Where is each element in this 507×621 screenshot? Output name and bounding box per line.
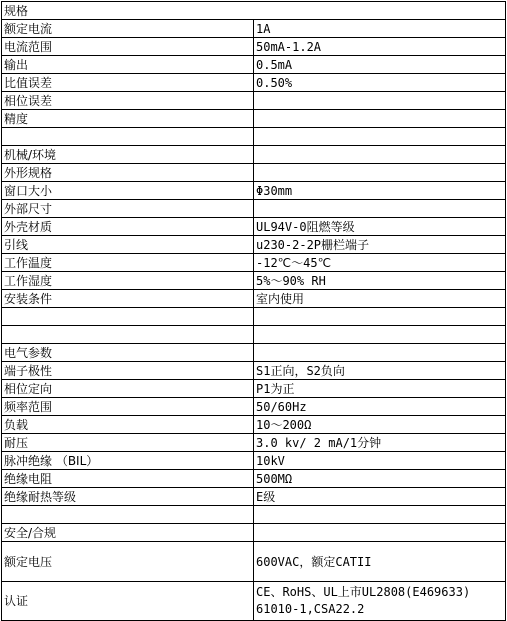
row-value (254, 200, 506, 218)
row-value: 10kV (254, 452, 506, 470)
row-label: 外壳材质 (2, 218, 254, 236)
section-title-blank (254, 146, 506, 164)
table-row: 电流范围50mA-1.2A (2, 38, 506, 56)
table-row: 绝缘耐热等级E级 (2, 488, 506, 506)
row-value: 0.50% (254, 74, 506, 92)
row-label: 输出 (2, 56, 254, 74)
section-header-safety: 安全/合规 (2, 524, 506, 542)
row-label (2, 308, 254, 326)
row-label (2, 128, 254, 146)
table-row: 认证CE、RoHS、UL上市UL2808(E469633) 61010-1,CS… (2, 582, 506, 620)
row-label: 安装条件 (2, 290, 254, 308)
row-label: 绝缘电阻 (2, 470, 254, 488)
table-row: 比值误差0.50% (2, 74, 506, 92)
table-row-empty (2, 326, 506, 344)
row-value: CE、RoHS、UL上市UL2808(E469633) 61010-1,CSA2… (254, 582, 506, 620)
row-label (2, 326, 254, 344)
row-label: 绝缘耐热等级 (2, 488, 254, 506)
section-title: 机械/环境 (2, 146, 254, 164)
row-value: 50/60Hz (254, 398, 506, 416)
table-row: 额定电压600VAC，额定CATII (2, 542, 506, 582)
table-row: 相位定向P1为正 (2, 380, 506, 398)
row-label: 相位定向 (2, 380, 254, 398)
row-label: 工作湿度 (2, 272, 254, 290)
row-label: 耐压 (2, 434, 254, 452)
table-row: 引线u230-2-2P栅栏端子 (2, 236, 506, 254)
row-value (254, 92, 506, 110)
section-header-specs: 规格 (2, 2, 506, 20)
row-value: 500MΩ (254, 470, 506, 488)
spec-table: 规格 额定电流1A 电流范围50mA-1.2A 输出0.5mA 比值误差0.50… (1, 1, 506, 619)
row-value (254, 308, 506, 326)
table-row: 端子极性S1正向，S2负向 (2, 362, 506, 380)
table-row: 额定电流1A (2, 20, 506, 38)
table-row: 耐压3.0 kv/ 2 mA/1分钟 (2, 434, 506, 452)
row-value: 10～200Ω (254, 416, 506, 434)
row-value: -12℃～45℃ (254, 254, 506, 272)
row-label: 引线 (2, 236, 254, 254)
row-label: 精度 (2, 110, 254, 128)
row-label (2, 506, 254, 524)
row-label: 脉冲绝缘 （BIL） (2, 452, 254, 470)
table-row-empty (2, 128, 506, 146)
row-value (254, 326, 506, 344)
row-value: 600VAC，额定CATII (254, 542, 506, 582)
section-header-mechanical: 机械/环境 (2, 146, 506, 164)
row-label: 外形规格 (2, 164, 254, 182)
row-label: 负载 (2, 416, 254, 434)
section-title-blank (254, 344, 506, 362)
table-row: 精度 (2, 110, 506, 128)
row-value (254, 506, 506, 524)
table-row: 工作温度-12℃～45℃ (2, 254, 506, 272)
section-title: 电气参数 (2, 344, 254, 362)
row-label: 相位误差 (2, 92, 254, 110)
table-row: 脉冲绝缘 （BIL）10kV (2, 452, 506, 470)
row-label: 外部尺寸 (2, 200, 254, 218)
row-value: Φ30mm (254, 182, 506, 200)
table-row: 外壳材质UL94V-0阻燃等级 (2, 218, 506, 236)
row-label: 端子极性 (2, 362, 254, 380)
row-value (254, 164, 506, 182)
row-value: 3.0 kv/ 2 mA/1分钟 (254, 434, 506, 452)
table-row-empty (2, 308, 506, 326)
row-value: u230-2-2P栅栏端子 (254, 236, 506, 254)
table-row: 工作湿度5%～90% RH (2, 272, 506, 290)
row-label: 窗口大小 (2, 182, 254, 200)
row-label: 频率范围 (2, 398, 254, 416)
row-value: E级 (254, 488, 506, 506)
table-row: 负载10～200Ω (2, 416, 506, 434)
row-label: 比值误差 (2, 74, 254, 92)
row-value: S1正向，S2负向 (254, 362, 506, 380)
row-value: 1A (254, 20, 506, 38)
row-value: 0.5mA (254, 56, 506, 74)
row-value: 5%～90% RH (254, 272, 506, 290)
row-label: 电流范围 (2, 38, 254, 56)
row-label: 工作温度 (2, 254, 254, 272)
row-label: 认证 (2, 582, 254, 620)
table-row: 窗口大小Φ30mm (2, 182, 506, 200)
row-value: P1为正 (254, 380, 506, 398)
table-row: 外形规格 (2, 164, 506, 182)
section-header-electrical: 电气参数 (2, 344, 506, 362)
section-title: 规格 (2, 2, 506, 20)
row-value: UL94V-0阻燃等级 (254, 218, 506, 236)
row-label: 额定电压 (2, 542, 254, 582)
table-row: 外部尺寸 (2, 200, 506, 218)
row-value: 室内使用 (254, 290, 506, 308)
table-row: 输出0.5mA (2, 56, 506, 74)
section-title-blank (254, 524, 506, 542)
table-row: 相位误差 (2, 92, 506, 110)
table-row-empty (2, 506, 506, 524)
row-value (254, 128, 506, 146)
table-row: 安装条件室内使用 (2, 290, 506, 308)
table-row: 频率范围50/60Hz (2, 398, 506, 416)
table-row: 绝缘电阻500MΩ (2, 470, 506, 488)
row-value: 50mA-1.2A (254, 38, 506, 56)
row-value (254, 110, 506, 128)
row-label: 额定电流 (2, 20, 254, 38)
section-title: 安全/合规 (2, 524, 254, 542)
